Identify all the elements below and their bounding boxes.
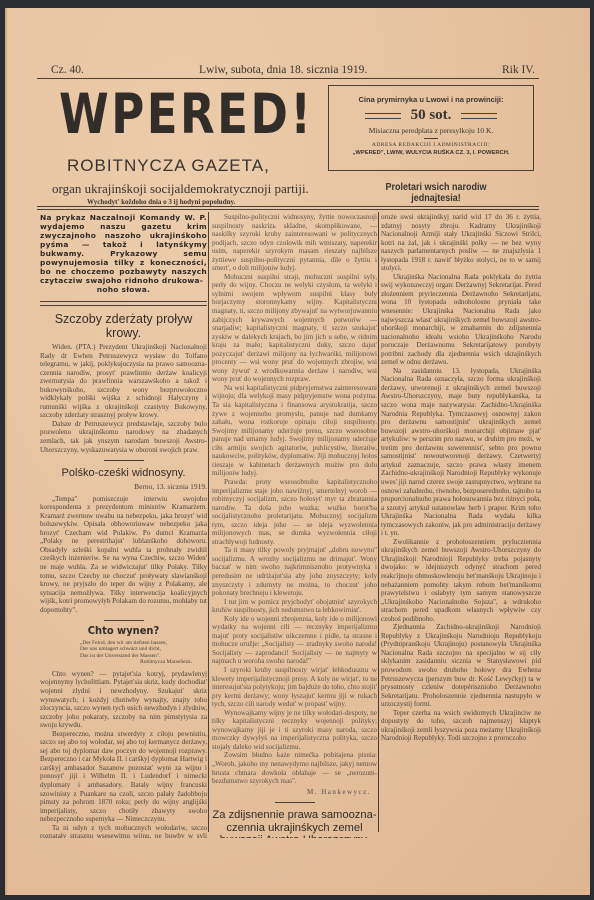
address-label: ADRESA REDAKCIJI I ADMINISTRACIJI: [329,142,533,148]
article-paragraph: Dalsze dr Petruszewycz predstawlaje, szc… [40,420,207,454]
article-paragraph: Wynowajkamy wijny je ne tilky wołodari-d… [212,709,377,752]
article-title: Za zdijsnennie prawa samoozna-czennia uk… [212,809,377,838]
epigraph-author: Robitnycza Marselieza. [80,659,192,666]
article-paragraph: Chto wynen? — pytajet'sia kotryj, prydaw… [40,670,207,730]
article-paragraph: Ta ti masy tilky powoly pryjmajut' „dobr… [212,546,377,597]
article-paragraph: I szyroki kruhy suspilnosty wirjat' łehk… [212,666,377,709]
header-rule-top [37,206,539,207]
divider [275,802,315,803]
newspaper-page: Cz. 40. Lwiw, subota, dnia 18. sicznia 1… [5,8,590,895]
article-paragraph: Na zasidanniu 13. łystopada, Ukrajinśka … [381,367,541,538]
masthead-title: WPERED! [59,84,264,144]
article-paragraph: Prawda: proty wseosobnoho kapitalistyczn… [212,478,377,546]
column-divider-2 [378,212,379,832]
article-title: Szczoby zderżaty proływ krowy. [40,312,207,340]
article-dateline: Berno, 13. sicznia 1919. [40,483,207,492]
article-paragraph: „Tempa" pomiszczuje interwiu swojoho kor… [40,495,207,615]
article-paragraph: Widen. (PTA.) Prezydent Ukrajinśkoji Nac… [40,343,207,420]
divider [104,620,144,621]
article-paragraph: Ukrajinśka Nacionalna Rada poklykała do … [381,273,541,367]
price-row: 50 sot. [329,107,533,124]
article-paragraph: Mohuczni suspilni straji, mohuczni suspi… [212,273,377,384]
article-paragraph: Suspilno-polityczni widnosyny, žyttie no… [212,213,377,273]
decorative-rule [461,113,497,119]
price-value: 50 sot. [411,107,452,124]
decree-text-end: noho słowa. [40,285,207,294]
header-rule-bottom [37,209,539,210]
address: „WPERED", LWIW, WULYCIA RUŚKA CZ. 3, I. … [329,150,533,156]
top-rule [37,78,539,79]
article-paragraph: Bezpereczno, można stwerdyty z ciłoju pe… [40,730,207,824]
article-title: Polśko-cześki widnosyny. [40,467,207,480]
article-paragraph: Zowsim błudno każe nimećka pobitajena pi… [212,751,377,785]
article-title: Chto wynen? [48,627,198,636]
article-paragraph: Ta ni odyn z tych mohucznych wołodariw, … [40,824,207,838]
article-paragraph: Zjednannia Zachidno-ukrajinśkoji Narodni… [381,623,541,708]
column-2: Suspilno-polityczni widnosyny, žyttie no… [212,213,377,838]
article-paragraph: I tut jim w pomicz pryjchodyt' obojatnis… [212,598,377,615]
issue-year: Rik IV. [502,64,535,76]
issue-number: Cz. 40. [51,64,84,76]
price-label: Cina prymirnyka u Lwowi i na prowincijі: [329,95,533,104]
column-divider-1 [208,212,209,832]
issue-meta-row: Cz. 40. Lwiw, subota, dnia 18. sicznia 1… [49,64,541,78]
article-paragraph: oruże uwsi ukrajinśkyj narid wid 17 do 3… [381,213,541,273]
author-signature: M. Hankewycz. [212,788,371,797]
article-paragraph: Na wsi kapitalistyczni pidpryjemstwa zai… [212,384,377,478]
price-box: Cina prymirnyka u Lwowi i na prowincijі:… [328,85,534,171]
divider [424,138,438,139]
masthead-subtitle: ROBITNYCZA GAZETA, [67,156,270,176]
subscription-price: Misiaczna peredplata z peresylkoju 10 K. [329,126,533,135]
column-1: Na prykaz Naczalnoji Komandy W. P. wydaj… [40,213,207,838]
slogan: Proletari wsich narodiw jednajtesia! [365,182,507,207]
decree-text: Na prykaz Naczalnoji Komandy W. P. wydaj… [40,213,207,285]
publication-note: Wychodyt' koždoho dnia o 3 ij hodyni pop… [87,198,235,206]
issue-dateline: Lwiw, subota, dnia 18. sicznia 1919. [199,64,367,76]
column-3: oruże uwsi ukrajinśkyj narid wid 17 do 3… [381,213,541,838]
epigraph: „Der Feind, den wir am tiefsten hassen, … [80,640,207,666]
article-paragraph: Teper czerha na wsich swidomych Ukrajinc… [381,709,541,743]
double-rule [40,301,207,306]
article-paragraph: Koly ide o wojenni zbrojennia, koly ide … [212,615,377,666]
decree-notice: Na prykaz Naczalnoji Komandy W. P. wydaj… [40,213,207,294]
masthead-organ: organ ukrajinśkoji socijaldemokratycznoj… [52,181,309,197]
decorative-rule [365,113,401,119]
divider [104,460,144,461]
article-paragraph: Zwolikannie z proholoszenniem pryluczien… [381,538,541,623]
